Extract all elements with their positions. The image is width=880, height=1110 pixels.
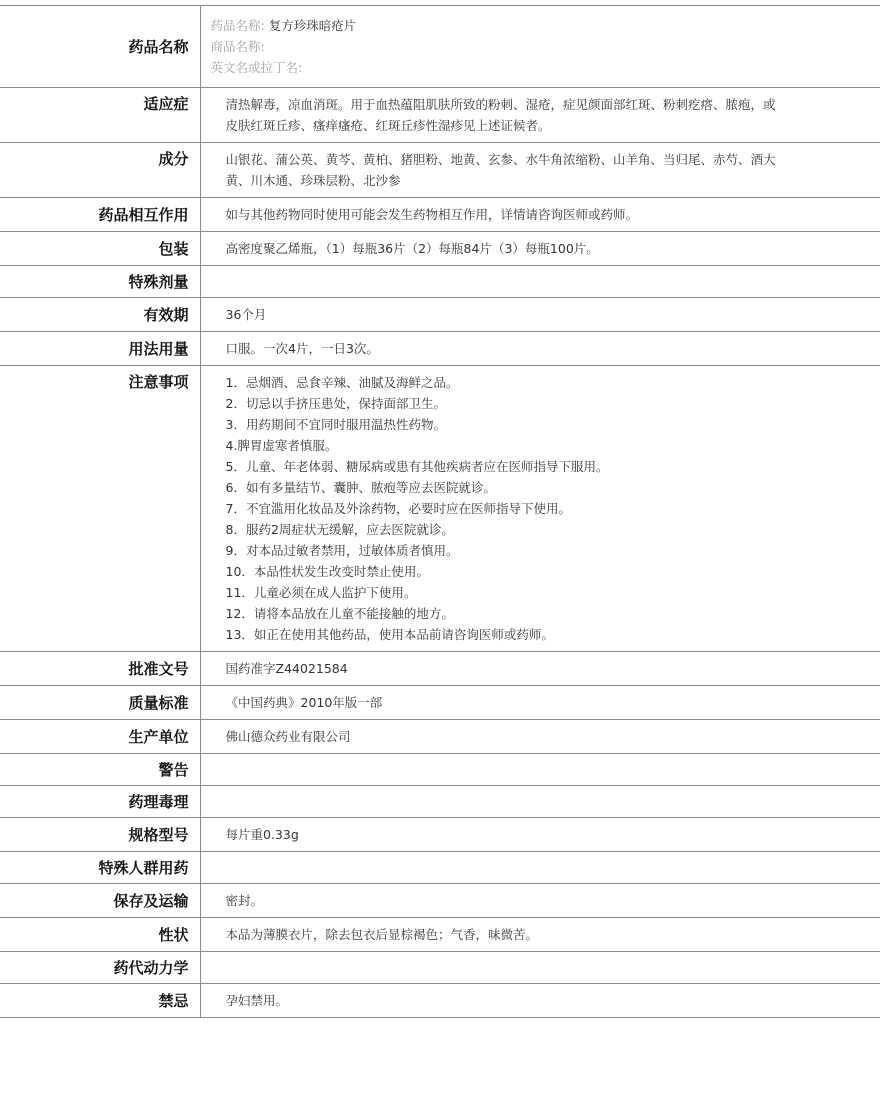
row-pharmacokinetics: 药代动力学 <box>0 952 880 984</box>
value-packaging: 高密度聚乙烯瓶，（1）每瓶36片（2）每瓶84片（3）每瓶100片。 <box>200 232 880 266</box>
value-ingredients: 山银花、蒲公英、黄芩、黄柏、猪胆粉、地黄、玄参、水牛角浓缩粉、山羊角、当归尾、赤… <box>200 143 880 198</box>
label-appearance: 性状 <box>0 918 200 952</box>
precaution-item: 12．请将本品放在儿童不能接触的地方。 <box>226 603 871 624</box>
label-indications: 适应症 <box>0 88 200 143</box>
row-special-populations: 特殊人群用药 <box>0 852 880 884</box>
label-special-dosage: 特殊剂量 <box>0 266 200 298</box>
value-storage: 密封。 <box>200 884 880 918</box>
precaution-item: 10．本品性状发生改变时禁止使用。 <box>226 561 871 582</box>
precaution-item: 13．如正在使用其他药品，使用本品前请咨询医师或药师。 <box>226 624 871 645</box>
value-special-dosage <box>200 266 880 298</box>
row-indications: 适应症 清热解毒，凉血消斑。用于血热蕴阻肌肤所致的粉刺、湿疮，症见颜面部红斑、粉… <box>0 88 880 143</box>
value-approval-number: 国药准字Z44021584 <box>200 652 880 686</box>
value-contraindications: 孕妇禁用。 <box>200 984 880 1018</box>
value-specification: 每片重0.33g <box>200 818 880 852</box>
label-pharmacokinetics: 药代动力学 <box>0 952 200 984</box>
row-interactions: 药品相互作用 如与其他药物同时使用可能会发生药物相互作用，详情请咨询医师或药师。 <box>0 198 880 232</box>
row-approval-number: 批准文号 国药准字Z44021584 <box>0 652 880 686</box>
row-special-dosage: 特殊剂量 <box>0 266 880 298</box>
drug-spec-table: 药品名称 药品名称: 复方珍珠暗疮片 商品名称: 英文名或拉丁名: 适应症 清热… <box>0 5 880 1018</box>
label-specification: 规格型号 <box>0 818 200 852</box>
label-manufacturer: 生产单位 <box>0 720 200 754</box>
value-appearance: 本品为薄膜衣片，除去包衣后显棕褐色；气香，味微苦。 <box>200 918 880 952</box>
label-quality-standard: 质量标准 <box>0 686 200 720</box>
precaution-item: 5．儿童、年老体弱、糖尿病或患有其他疾病者应在医师指导下服用。 <box>226 456 871 477</box>
precaution-item: 8．服药2周症状无缓解，应去医院就诊。 <box>226 519 871 540</box>
value-pharmacology <box>200 786 880 818</box>
row-ingredients: 成分 山银花、蒲公英、黄芩、黄柏、猪胆粉、地黄、玄参、水牛角浓缩粉、山羊角、当归… <box>0 143 880 198</box>
label-special-populations: 特殊人群用药 <box>0 852 200 884</box>
value-precautions: 1．忌烟酒、忌食辛辣、油腻及海鲜之品。 2．切忌以手挤压患处，保持面部卫生。 3… <box>200 366 880 652</box>
trade-name-label: 商品名称: <box>211 39 265 54</box>
value-indications: 清热解毒，凉血消斑。用于血热蕴阻肌肤所致的粉刺、湿疮，症见颜面部红斑、粉刺疙瘩、… <box>200 88 880 143</box>
label-pharmacology: 药理毒理 <box>0 786 200 818</box>
row-quality-standard: 质量标准 《中国药典》2010年版一部 <box>0 686 880 720</box>
precaution-item: 9．对本品过敏者禁用，过敏体质者慎用。 <box>226 540 871 561</box>
generic-name-label: 药品名称: <box>211 18 265 33</box>
value-interactions: 如与其他药物同时使用可能会发生药物相互作用，详情请咨询医师或药师。 <box>200 198 880 232</box>
label-precautions: 注意事项 <box>0 366 200 652</box>
row-packaging: 包装 高密度聚乙烯瓶，（1）每瓶36片（2）每瓶84片（3）每瓶100片。 <box>0 232 880 266</box>
label-drug-name: 药品名称 <box>0 6 200 88</box>
value-special-populations <box>200 852 880 884</box>
value-warning <box>200 754 880 786</box>
value-dosage: 口服。一次4片，一日3次。 <box>200 332 880 366</box>
trade-name-line: 商品名称: <box>211 36 871 57</box>
english-name-label: 英文名或拉丁名: <box>211 60 303 75</box>
value-shelf-life: 36个月 <box>200 298 880 332</box>
precaution-item: 6．如有多量结节、囊肿、脓疱等应去医院就诊。 <box>226 477 871 498</box>
row-drug-name: 药品名称 药品名称: 复方珍珠暗疮片 商品名称: 英文名或拉丁名: <box>0 6 880 88</box>
precaution-item: 3．用药期间不宜同时服用温热性药物。 <box>226 414 871 435</box>
row-warning: 警告 <box>0 754 880 786</box>
value-pharmacokinetics <box>200 952 880 984</box>
label-interactions: 药品相互作用 <box>0 198 200 232</box>
generic-name-line: 药品名称: 复方珍珠暗疮片 <box>211 15 871 36</box>
precaution-item: 7．不宜滥用化妆品及外涂药物，必要时应在医师指导下使用。 <box>226 498 871 519</box>
precaution-item: 2．切忌以手挤压患处，保持面部卫生。 <box>226 393 871 414</box>
value-manufacturer: 佛山德众药业有限公司 <box>200 720 880 754</box>
row-precautions: 注意事项 1．忌烟酒、忌食辛辣、油腻及海鲜之品。 2．切忌以手挤压患处，保持面部… <box>0 366 880 652</box>
label-shelf-life: 有效期 <box>0 298 200 332</box>
label-approval-number: 批准文号 <box>0 652 200 686</box>
row-specification: 规格型号 每片重0.33g <box>0 818 880 852</box>
precaution-item: 4.脾胃虚寒者慎服。 <box>226 435 871 456</box>
row-manufacturer: 生产单位 佛山德众药业有限公司 <box>0 720 880 754</box>
label-storage: 保存及运输 <box>0 884 200 918</box>
row-dosage: 用法用量 口服。一次4片，一日3次。 <box>0 332 880 366</box>
value-quality-standard: 《中国药典》2010年版一部 <box>200 686 880 720</box>
label-packaging: 包装 <box>0 232 200 266</box>
english-name-line: 英文名或拉丁名: <box>211 57 871 78</box>
row-shelf-life: 有效期 36个月 <box>0 298 880 332</box>
label-contraindications: 禁忌 <box>0 984 200 1018</box>
row-contraindications: 禁忌 孕妇禁用。 <box>0 984 880 1018</box>
precaution-item: 11．儿童必须在成人监护下使用。 <box>226 582 871 603</box>
precaution-item: 1．忌烟酒、忌食辛辣、油腻及海鲜之品。 <box>226 372 871 393</box>
label-warning: 警告 <box>0 754 200 786</box>
generic-name-value: 复方珍珠暗疮片 <box>269 18 357 33</box>
label-dosage: 用法用量 <box>0 332 200 366</box>
row-storage: 保存及运输 密封。 <box>0 884 880 918</box>
row-pharmacology: 药理毒理 <box>0 786 880 818</box>
row-appearance: 性状 本品为薄膜衣片，除去包衣后显棕褐色；气香，味微苦。 <box>0 918 880 952</box>
value-drug-name: 药品名称: 复方珍珠暗疮片 商品名称: 英文名或拉丁名: <box>200 6 880 88</box>
label-ingredients: 成分 <box>0 143 200 198</box>
